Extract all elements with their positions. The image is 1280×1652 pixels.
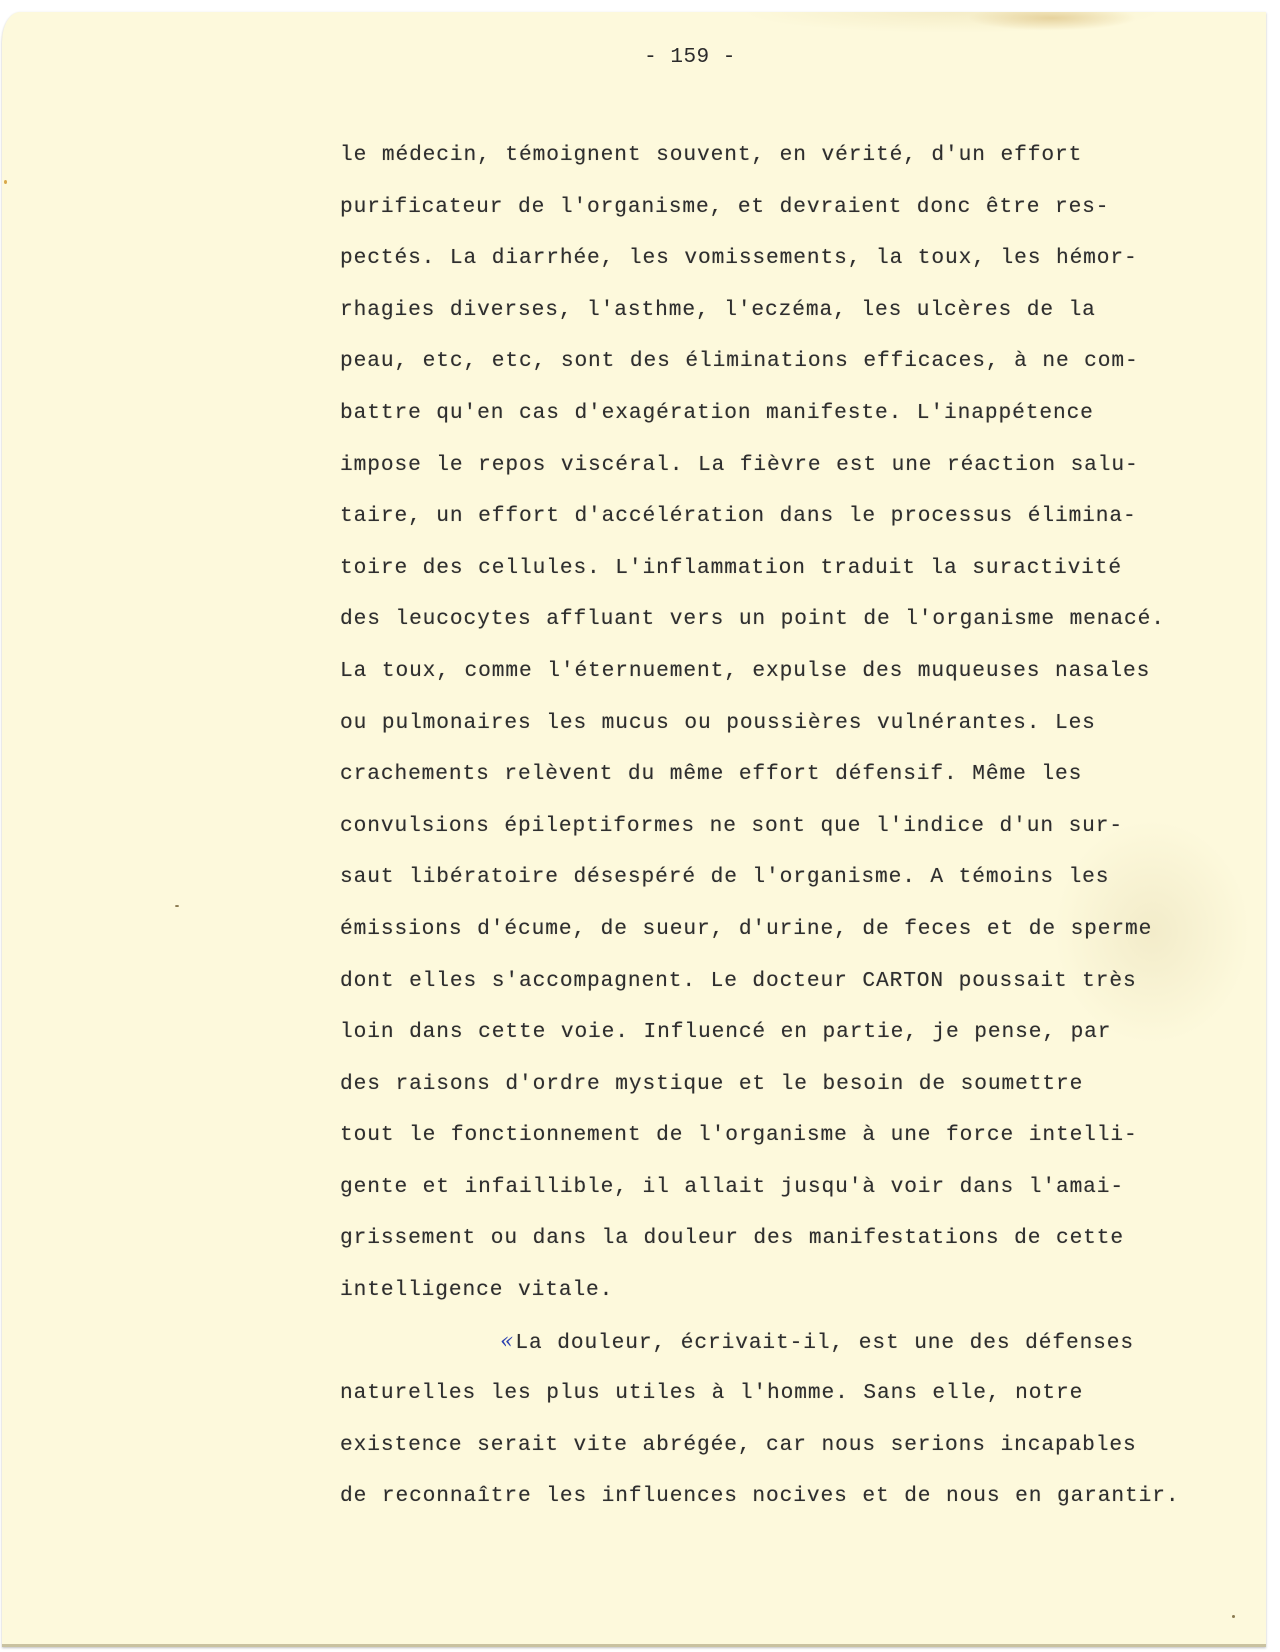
text-line: peau, etc, etc, sont des éliminations ef… — [340, 346, 1280, 398]
text-line: pectés. La diarrhée, les vomissements, l… — [340, 243, 1280, 295]
text-line: saut libératoire désespéré de l'organism… — [340, 862, 1280, 914]
text-line: impose le repos viscéral. La fièvre est … — [340, 450, 1280, 502]
text-line: des leucocytes affluant vers un point de… — [340, 604, 1280, 656]
text-line: rhagies diverses, l'asthme, l'eczéma, le… — [340, 295, 1280, 347]
text-line: ou pulmonaires les mucus ou poussières v… — [340, 708, 1280, 760]
text-line: purificateur de l'organisme, et devraien… — [340, 192, 1280, 244]
text-line: des raisons d'ordre mystique et le besoi… — [340, 1069, 1280, 1121]
page-number: - 159 - — [0, 46, 1280, 69]
text-line: tout le fonctionnement de l'organisme à … — [340, 1120, 1280, 1172]
text-line: loin dans cette voie. Influencé en parti… — [340, 1017, 1280, 1069]
text-line: crachements relèvent du même effort défe… — [340, 759, 1280, 811]
text-line: émissions d'écume, de sueur, d'urine, de… — [340, 914, 1280, 966]
text-line: taire, un effort d'accélération dans le … — [340, 501, 1280, 553]
text-line: le médecin, témoignent souvent, en vérit… — [340, 140, 1280, 192]
body-text: le médecin, témoignent souvent, en vérit… — [340, 140, 1280, 1533]
quote-first-line-text: La douleur, écrivait-il, est une des déf… — [515, 1331, 1134, 1355]
text-line: gente et infaillible, il allait jusqu'à … — [340, 1172, 1280, 1224]
text-line: battre qu'en cas d'exagération manifeste… — [340, 398, 1280, 450]
paper-speck — [1232, 1615, 1235, 1618]
text-line: La toux, comme l'éternuement, expulse de… — [340, 656, 1280, 708]
quote-first-line: «La douleur, écrivait-il, est une des dé… — [340, 1327, 1280, 1379]
text-line: grissement ou dans la douleur des manife… — [340, 1223, 1280, 1275]
text-line: naturelles les plus utiles à l'homme. Sa… — [340, 1378, 1280, 1430]
handwritten-quote-mark: « — [500, 1329, 514, 1354]
paper-speck — [4, 180, 7, 184]
text-line: dont elles s'accompagnent. Le docteur CA… — [340, 966, 1280, 1018]
text-line: toire des cellules. L'inflammation tradu… — [340, 553, 1280, 605]
text-line: de reconnaître les influences nocives et… — [340, 1481, 1280, 1533]
text-line: existence serait vite abrégée, car nous … — [340, 1430, 1280, 1482]
text-line: intelligence vitale. — [340, 1275, 1280, 1327]
paper-speck — [175, 905, 179, 907]
text-line: convulsions épileptiformes ne sont que l… — [340, 811, 1280, 863]
